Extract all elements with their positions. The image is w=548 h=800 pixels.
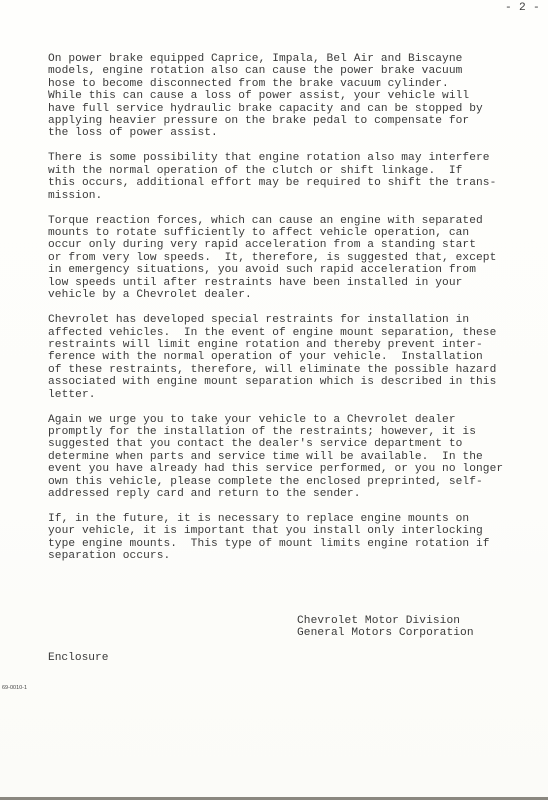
letter-page: - 2 - On power brake equipped Caprice, I… xyxy=(0,0,548,797)
text-line: own this vehicle, please complete the en… xyxy=(48,476,543,488)
paragraph: On power brake equipped Caprice, Impala,… xyxy=(48,53,543,140)
signature-division: Chevrolet Motor Division xyxy=(297,615,474,627)
text-line: suggested that you contact the dealer's … xyxy=(48,438,543,450)
text-line: associated with engine mount separation … xyxy=(48,376,543,388)
text-line: restraints will limit engine rotation an… xyxy=(48,339,543,351)
letter-body: On power brake equipped Caprice, Impala,… xyxy=(48,53,543,575)
text-line: determine when parts and service time wi… xyxy=(48,451,543,463)
text-line: of these restraints, therefore, will eli… xyxy=(48,364,543,376)
paragraph: Again we urge you to take your vehicle t… xyxy=(48,414,543,501)
text-line: promptly for the installation of the res… xyxy=(48,426,543,438)
paragraph: Torque reaction forces, which can cause … xyxy=(48,215,543,302)
text-line: separation occurs. xyxy=(48,550,543,562)
text-line: in emergency situations, you avoid such … xyxy=(48,264,543,276)
signature-corporation: General Motors Corporation xyxy=(297,627,474,639)
text-line: On power brake equipped Caprice, Impala,… xyxy=(48,53,543,65)
text-line: Torque reaction forces, which can cause … xyxy=(48,215,543,227)
paragraph: Chevrolet has developed special restrain… xyxy=(48,314,543,401)
text-line: have full service hydraulic brake capaci… xyxy=(48,103,543,115)
text-line: vehicle by a Chevrolet dealer. xyxy=(48,289,543,301)
text-line: Chevrolet has developed special restrain… xyxy=(48,314,543,326)
text-line: the loss of power assist. xyxy=(48,127,543,139)
text-line: mounts to rotate sufficiently to affect … xyxy=(48,227,543,239)
text-line: While this can cause a loss of power ass… xyxy=(48,90,543,102)
text-line: models, engine rotation also can cause t… xyxy=(48,65,543,77)
text-line: applying heavier pressure on the brake p… xyxy=(48,115,543,127)
text-line: with the normal operation of the clutch … xyxy=(48,165,543,177)
text-line: hose to become disconnected from the bra… xyxy=(48,78,543,90)
text-line: If, in the future, it is necessary to re… xyxy=(48,513,543,525)
paragraph: If, in the future, it is necessary to re… xyxy=(48,513,543,563)
text-line: mission. xyxy=(48,190,543,202)
text-line: this occurs, additional effort may be re… xyxy=(48,177,543,189)
page-number: - 2 - xyxy=(505,2,540,14)
text-line: type engine mounts. This type of mount l… xyxy=(48,538,543,550)
text-line: addressed reply card and return to the s… xyxy=(48,488,543,500)
text-line: your vehicle, it is important that you i… xyxy=(48,525,543,537)
text-line: low speeds until after restraints have b… xyxy=(48,277,543,289)
enclosure-note: Enclosure xyxy=(48,652,108,664)
form-code: 69-0010-1 xyxy=(2,685,27,691)
text-line: or from very low speeds. It, therefore, … xyxy=(48,252,543,264)
text-line: occur only during very rapid acceleratio… xyxy=(48,239,543,251)
text-line: event you have already had this service … xyxy=(48,463,543,475)
text-line: letter. xyxy=(48,389,543,401)
signature-block: Chevrolet Motor Division General Motors … xyxy=(297,615,474,640)
text-line: ference with the normal operation of you… xyxy=(48,351,543,363)
text-line: There is some possibility that engine ro… xyxy=(48,152,543,164)
text-line: Again we urge you to take your vehicle t… xyxy=(48,414,543,426)
text-line: affected vehicles. In the event of engin… xyxy=(48,327,543,339)
paragraph: There is some possibility that engine ro… xyxy=(48,152,543,202)
